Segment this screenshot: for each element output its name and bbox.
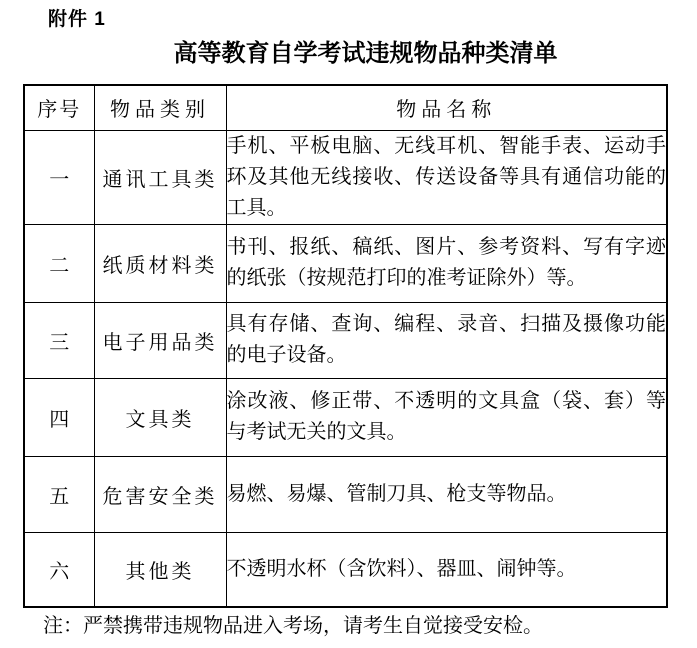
row-index: 四 (24, 378, 94, 456)
row-items: 书刊、报纸、稿纸、图片、参考资料、写有字迹的纸张（按规范打印的准考证除外）等。 (226, 224, 667, 302)
row-items: 不透明水杯（含饮料）、器皿、闹钟等。 (226, 532, 667, 607)
prohibited-items-table: 序号 物品类别 物品名称 一 通讯工具类 手机、平板电脑、无线耳机、智能手表、运… (23, 84, 668, 608)
table-row: 三 电子用品类 具有存储、查询、编程、录音、扫描及摄像功能的电子设备。 (24, 302, 667, 378)
page-title: 高等教育自学考试违规物品种类清单 (0, 38, 697, 70)
table-row: 五 危害安全类 易燃、易爆、管制刀具、枪支等物品。 (24, 456, 667, 532)
table-row: 一 通讯工具类 手机、平板电脑、无线耳机、智能手表、运动手环及其他无线接收、传送… (24, 130, 667, 224)
row-items: 手机、平板电脑、无线耳机、智能手表、运动手环及其他无线接收、传送设备等具有通信功… (226, 130, 667, 224)
attachment-label: 附件 1 (48, 4, 106, 31)
table-row: 二 纸质材料类 书刊、报纸、稿纸、图片、参考资料、写有字迹的纸张（按规范打印的准… (24, 224, 667, 302)
column-header-category: 物品类别 (94, 85, 226, 130)
row-items: 涂改液、修正带、不透明的文具盒（袋、套）等与考试无关的文具。 (226, 378, 667, 456)
column-header-index: 序号 (24, 85, 94, 130)
footnote: 注：严禁携带违规物品进入考场，请考生自觉接受安检。 (43, 613, 543, 640)
document-page: 附件 1 高等教育自学考试违规物品种类清单 序号 物品类别 物品名称 一 通讯工… (0, 0, 697, 648)
row-items: 易燃、易爆、管制刀具、枪支等物品。 (226, 456, 667, 532)
table-row: 四 文具类 涂改液、修正带、不透明的文具盒（袋、套）等与考试无关的文具。 (24, 378, 667, 456)
row-index: 五 (24, 456, 94, 532)
row-index: 二 (24, 224, 94, 302)
row-index: 六 (24, 532, 94, 607)
column-header-name: 物品名称 (226, 85, 667, 130)
row-category: 其他类 (94, 532, 226, 607)
row-category: 电子用品类 (94, 302, 226, 378)
row-index: 三 (24, 302, 94, 378)
row-items: 具有存储、查询、编程、录音、扫描及摄像功能的电子设备。 (226, 302, 667, 378)
row-index: 一 (24, 130, 94, 224)
table-row: 六 其他类 不透明水杯（含饮料）、器皿、闹钟等。 (24, 532, 667, 607)
table-header-row: 序号 物品类别 物品名称 (24, 85, 667, 130)
row-category: 文具类 (94, 378, 226, 456)
row-category: 危害安全类 (94, 456, 226, 532)
row-category: 纸质材料类 (94, 224, 226, 302)
row-category: 通讯工具类 (94, 130, 226, 224)
